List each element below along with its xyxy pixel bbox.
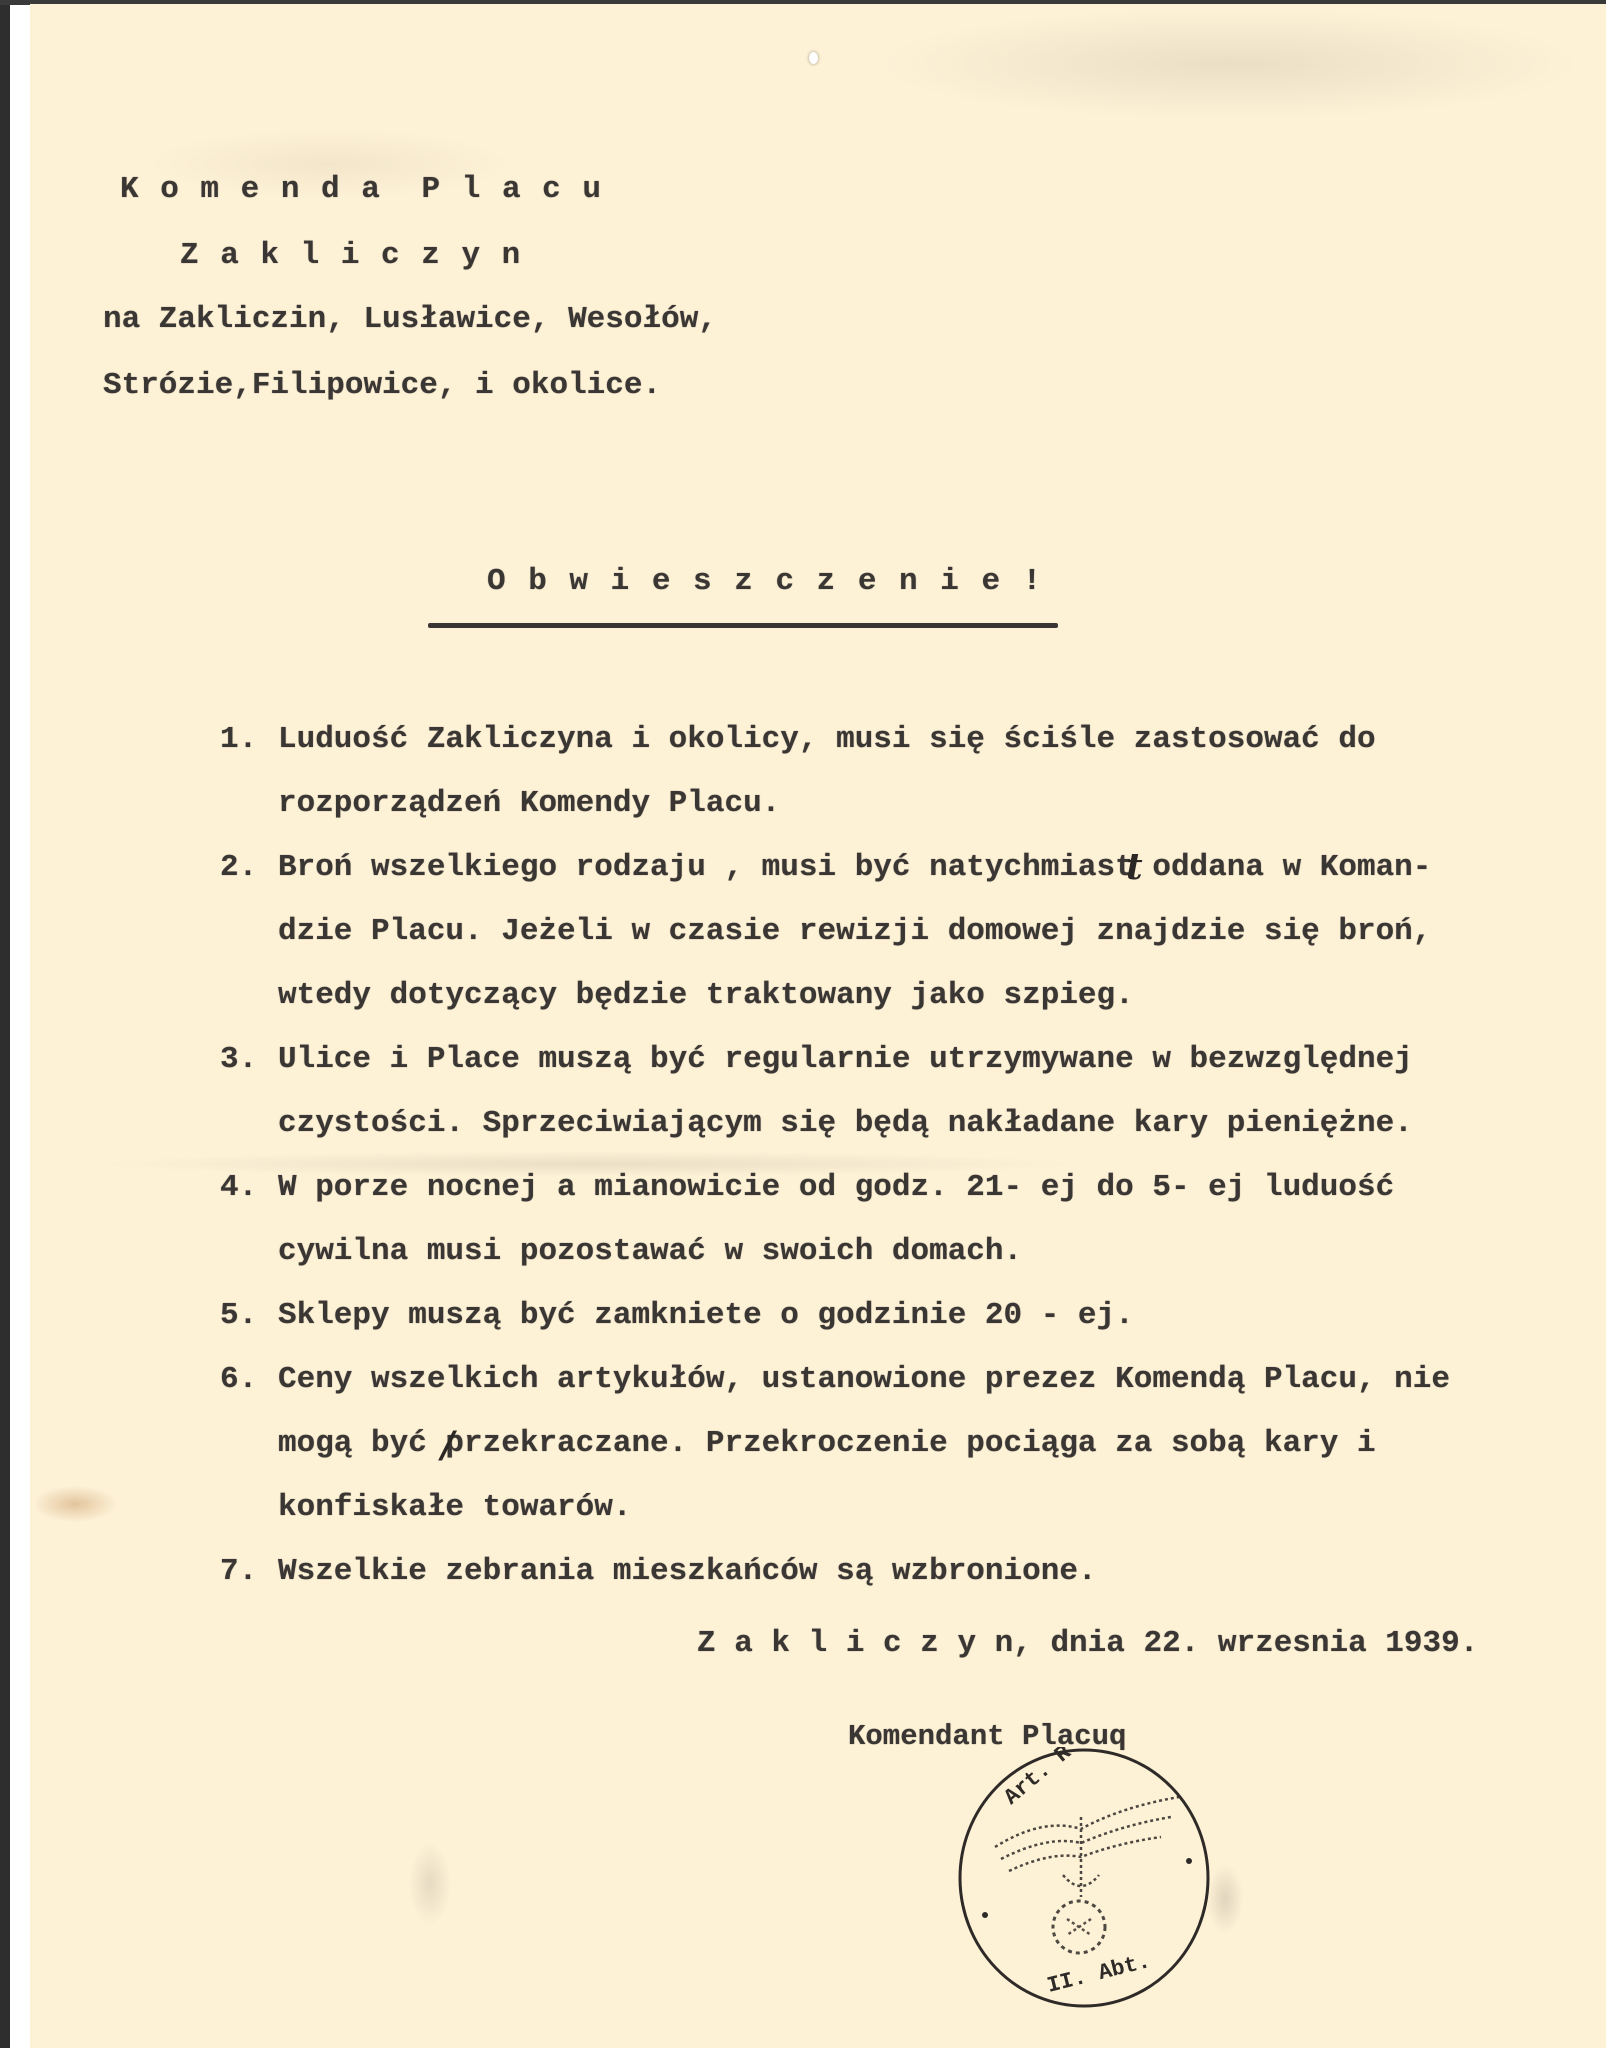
item-number: 7. [220,1556,257,1587]
scan-edge-left [0,0,10,2048]
title-underline [428,623,1058,628]
list-item: Broń wszelkiego rodzaju , musi być natyc… [278,852,1431,883]
item-number: 6. [220,1364,257,1395]
list-item: Luduość Zakliczyna i okolicy, musi się ś… [278,724,1376,755]
item-number: 5. [220,1300,257,1331]
item-number: 3. [220,1044,257,1075]
date-line: Z a k l i c z y n, dnia 22. wrzesnia 193… [697,1628,1478,1659]
list-item: rozporządzeń Komendy Placu. [278,788,780,819]
header-line-3: na Zakliczin, Lusławice, Wesołów, [103,304,717,335]
item-number: 2. [220,852,257,883]
list-item: Sklepy muszą być zamkniete o godzinie 20… [278,1300,1134,1331]
list-item: konfiskałe towarów. [278,1492,631,1523]
list-item: Ulice i Place muszą być regularnie utrzy… [278,1044,1413,1075]
list-item: dzie Placu. Jeżeli w czasie rewizji domo… [278,916,1431,947]
list-item: W porze nocnej a mianowicie od godz. 21-… [278,1172,1394,1203]
pinhole-mark [809,52,818,64]
official-stamp: Art. R II. Abt. [953,1747,1215,2009]
list-item: czystości. Sprzeciwiającym się będą nakł… [278,1108,1413,1139]
svg-text:Art. R: Art. R [999,1747,1076,1810]
svg-text:II. Abt.: II. Abt. [1045,1949,1154,1999]
header-line-2: Z a k l i c z y n [180,240,522,271]
header-line-4: Strózie,Filipowice, i okolice. [103,370,661,401]
header-line-1: K o m e n d a P l a c u [120,174,602,205]
item-number: 1. [220,724,257,755]
list-item: Ceny wszelkich artykułów, ustanowione pr… [278,1364,1450,1395]
handwritten-correction-mark: t [1126,846,1143,888]
eagle-icon: Art. R II. Abt. [953,1747,1215,2009]
page-title: O b w i e s z c z e n i e ! [487,566,1043,597]
list-item: cywilna musi pozostawać w swoich domach. [278,1236,1022,1267]
handwritten-correction-mark: / [441,1424,454,1466]
list-item: Wszelkie zebrania mieszkańców są wzbroni… [278,1556,1097,1587]
item-number: 4. [220,1172,257,1203]
list-item: wtedy dotyczący będzie traktowany jako s… [278,980,1134,1011]
